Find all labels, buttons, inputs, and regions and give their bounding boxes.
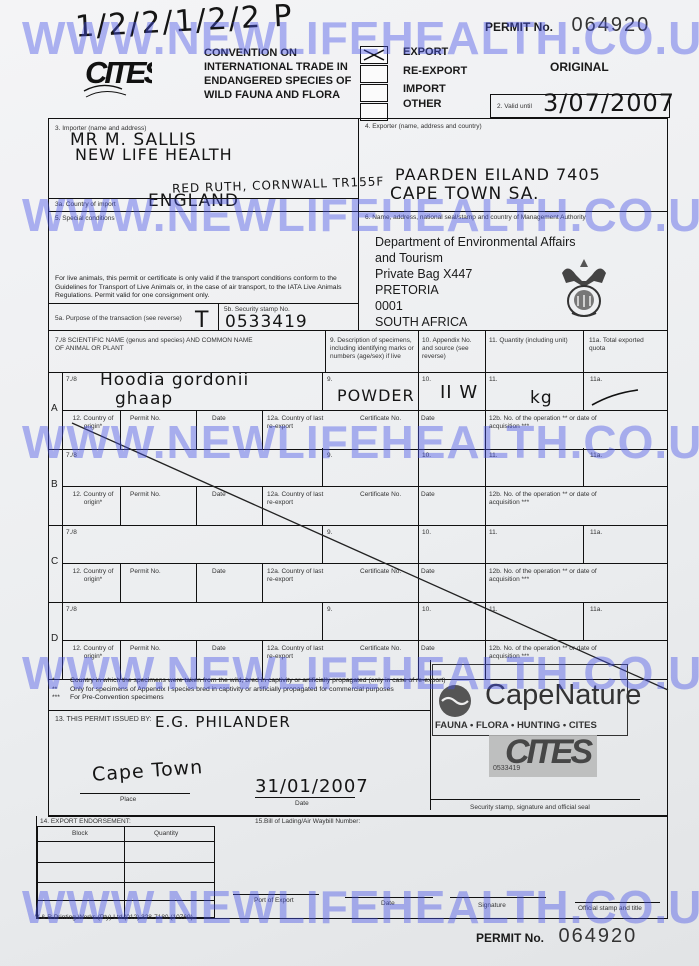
seal-label: Security stamp, signature and official s…: [470, 804, 590, 812]
printer-credit: V & R Printing Works (Pty) Ltd (012) 328…: [35, 914, 193, 922]
issued-by-label: 13. THIS PERMIT ISSUED BY:: [55, 716, 152, 724]
port-of-export-label: Port of Export: [254, 897, 294, 905]
capenature-stamp: CapeNature FAUNA • FLORA • HUNTING • CIT…: [432, 664, 628, 736]
permit-number-bottom: PERMIT No. 064920: [476, 925, 637, 948]
capenature-tagline: FAUNA • FLORA • HUNTING • CITES: [435, 720, 597, 731]
permit-number: 064920: [558, 925, 637, 947]
endorsement-date-label: Date: [381, 900, 395, 908]
row-a-common-name: ghaap: [115, 389, 173, 409]
permit-label: PERMIT No.: [476, 931, 544, 945]
footnotes: *Country in which the specimens were tak…: [52, 677, 472, 703]
row-a-appendix: II W: [440, 382, 478, 403]
capenature-name: CapeNature: [485, 679, 641, 712]
row-a-quantity-unit: kg: [530, 388, 553, 408]
export-endorsement-label: 14. EXPORT ENDORSEMENT:: [40, 818, 131, 826]
endorsement-table: Block Quantity: [37, 826, 215, 918]
place-label: Place: [120, 796, 136, 804]
issue-date-value: 31/01/2007: [255, 776, 369, 797]
row-a-scientific-name: Hoodia gordonii: [100, 370, 249, 390]
bill-of-lading-label: 15.Bill of Lading/Air Waybill Number:: [255, 818, 360, 826]
row-a-description: POWDER: [337, 386, 415, 405]
date-label: Date: [295, 800, 309, 808]
cites-security-stamp: CITES 0533419: [489, 735, 597, 777]
capenature-logo-icon: [437, 683, 473, 719]
official-stamp-label: Official stamp and title: [578, 905, 642, 913]
signature-label: Signature: [478, 902, 506, 910]
issued-by-value: E.G. PHILANDER: [155, 713, 291, 731]
quantity-col-header: Quantity: [154, 830, 178, 838]
block-col-header: Block: [72, 830, 88, 838]
row-a-quota-dash: [588, 385, 648, 410]
